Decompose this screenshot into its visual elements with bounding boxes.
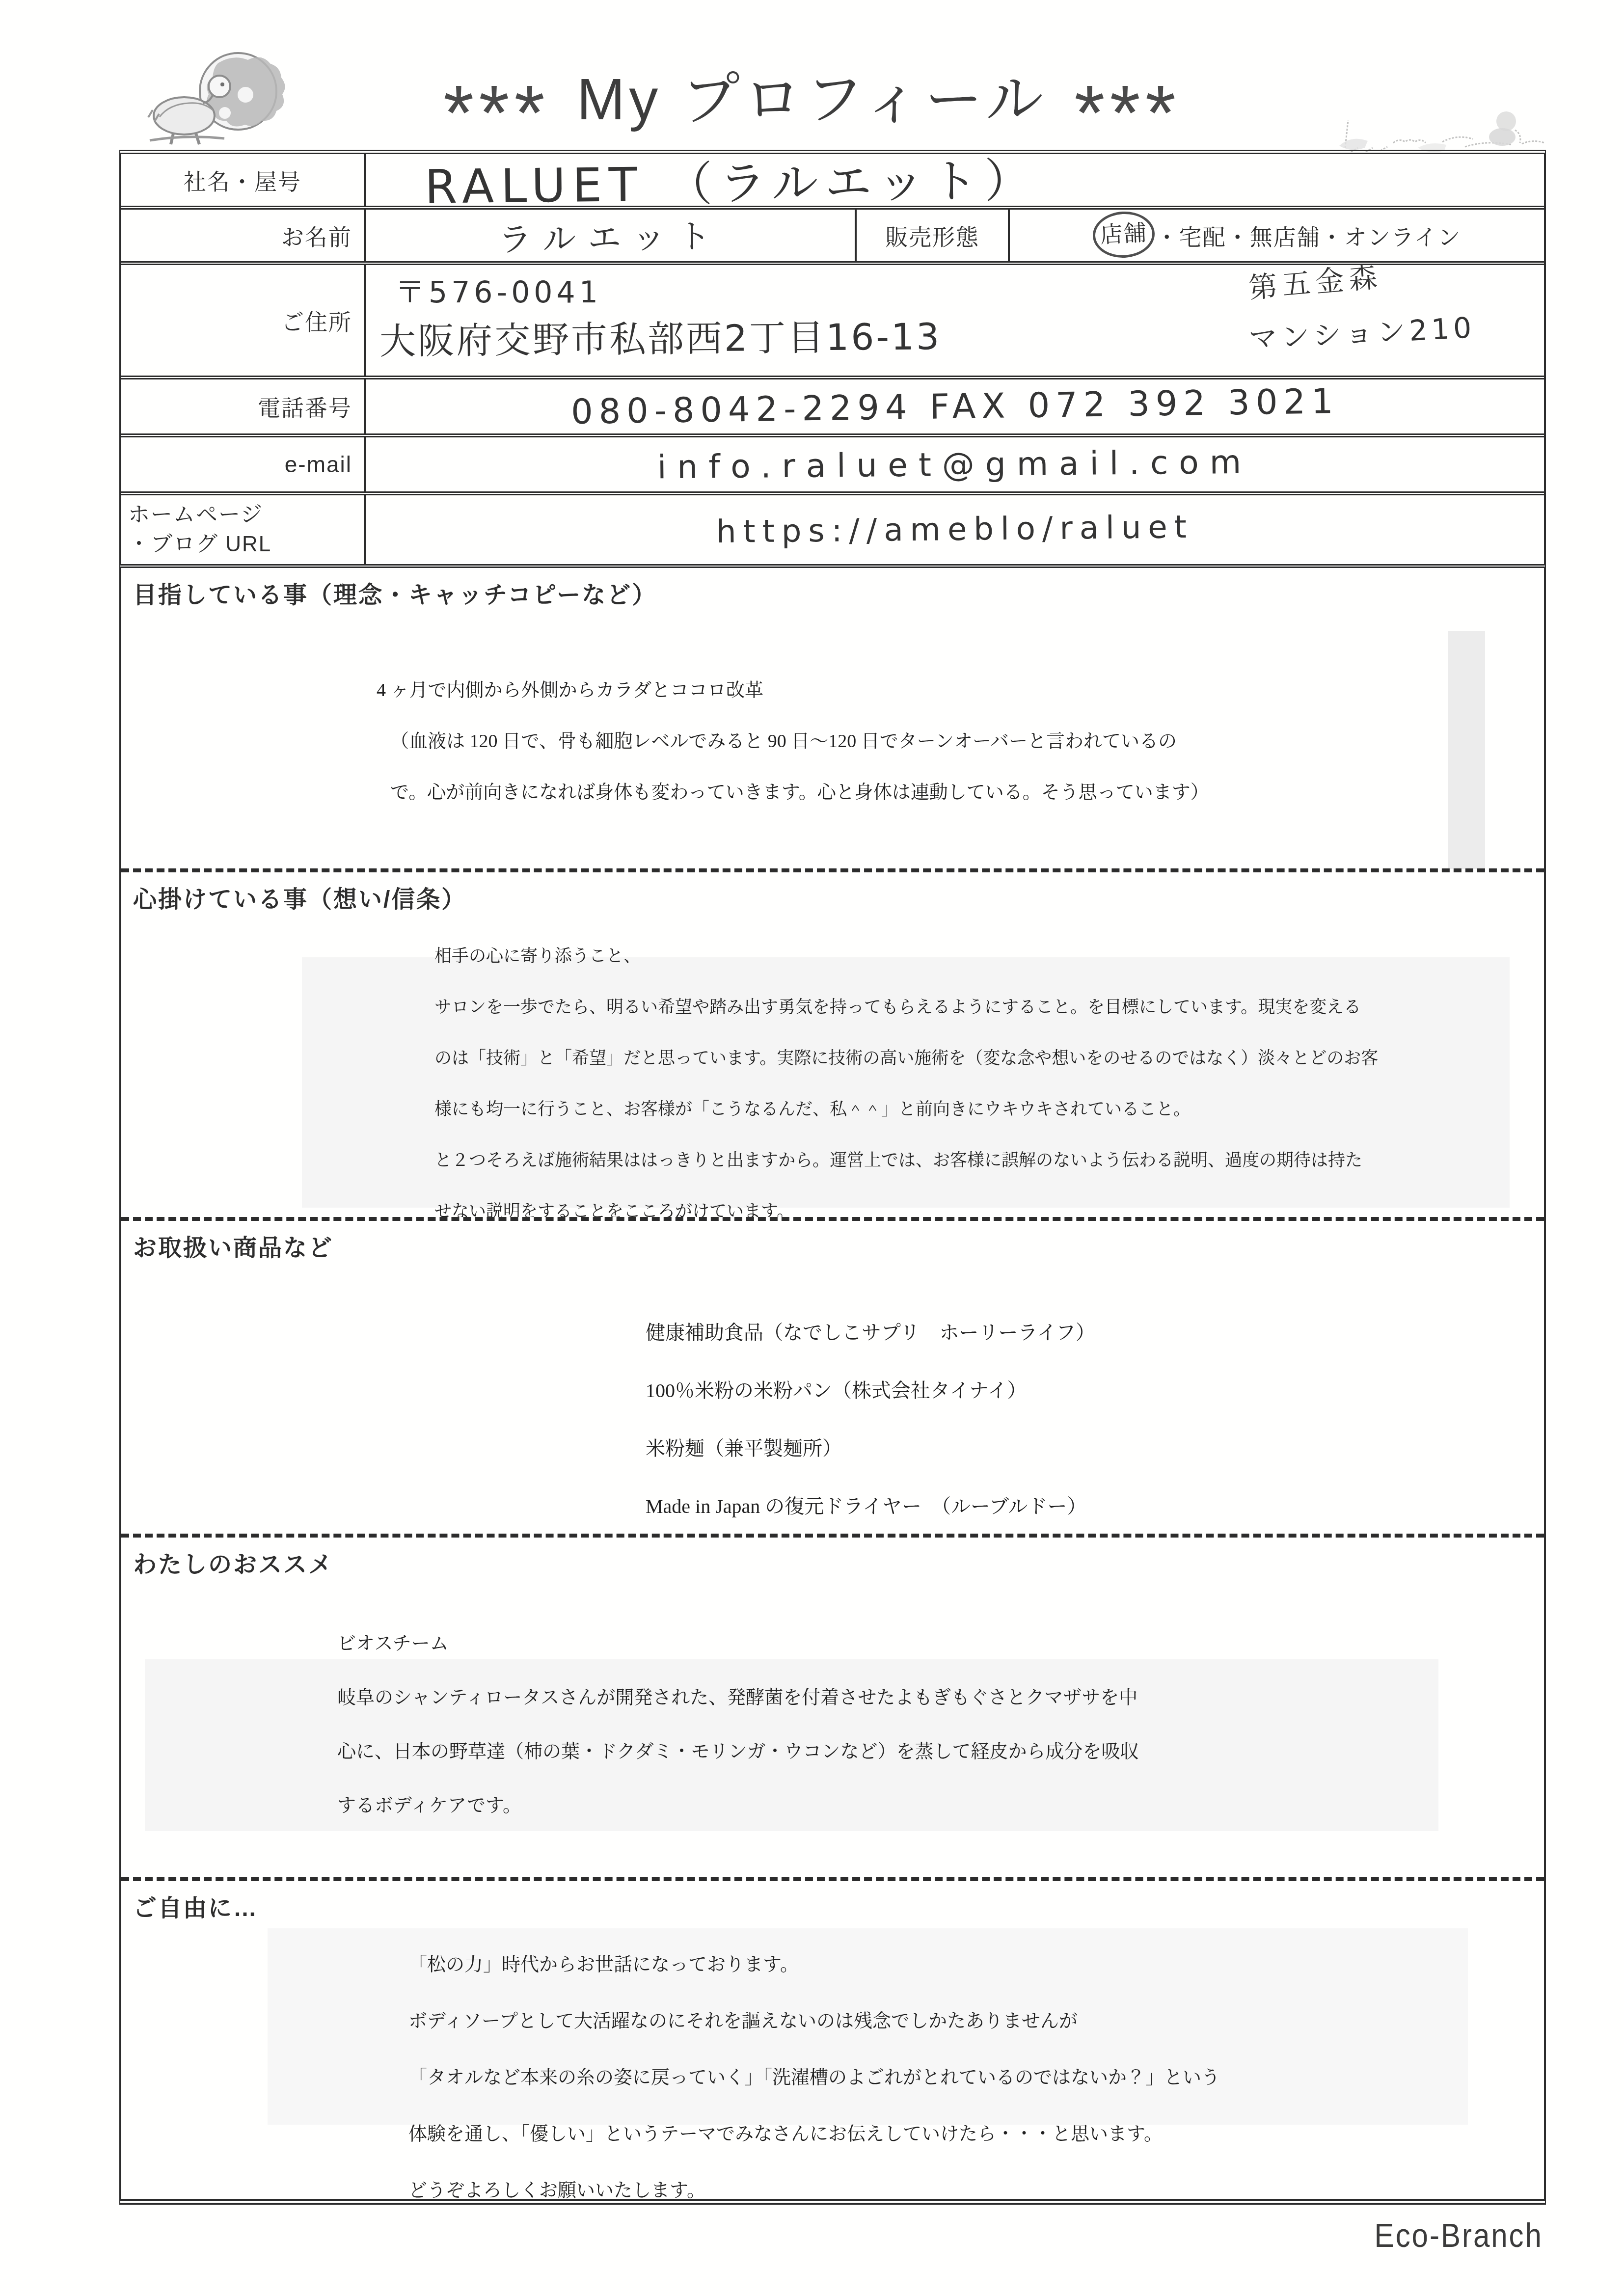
text-line: せない説明をすることをこころがけています。 bbox=[434, 1186, 1544, 1217]
table-row-website: ホームページ ・ブログ URL https://ameblo/raluet bbox=[121, 495, 1544, 564]
product-item: 100％米粉の米粉パン（株式会社タイナイ） bbox=[646, 1362, 1544, 1420]
text-line: と２つそろえば施術結果ははっきりと出ますから。運営上では、お客様に誤解のないよう… bbox=[434, 1135, 1544, 1186]
name-value-handwritten: ラルエット bbox=[498, 210, 723, 261]
table-row-phone: 電話番号 080-8042-2294 FAX 072 392 3021 bbox=[121, 379, 1544, 437]
text-line: で。心が前向きになれば身体も変わっていきます。心と身体は連動している。そう思って… bbox=[390, 767, 1544, 818]
text-line: （血液は 120 日で、骨も細胞レベルでみると 90 日～120 日でターンオー… bbox=[390, 716, 1544, 767]
section-recommendation-title: わたしのおススメ bbox=[121, 1538, 1544, 1579]
section-mindset-title: 心掛けている事（想い/信条） bbox=[121, 872, 1544, 914]
company-value-cell: RALUET （ラルエット） bbox=[366, 154, 1544, 206]
phone-value-cell: 080-8042-2294 FAX 072 392 3021 bbox=[366, 379, 1544, 433]
text-line: ボディソープとして大活躍なのにそれを謳えないのは残念でしかたありませんが bbox=[408, 1993, 1544, 2050]
text-line: 様にも均一に行うこと、お客様が「こうなるんだ、私＾＾」と前向きにウキウキされてい… bbox=[434, 1084, 1544, 1135]
name-label: お名前 bbox=[121, 210, 366, 261]
website-label: ホームページ ・ブログ URL bbox=[121, 495, 366, 564]
table-row-company: 社名・屋号 RALUET （ラルエット） bbox=[121, 154, 1544, 210]
phone-value-handwritten: 080-8042-2294 FAX 072 392 3021 bbox=[570, 381, 1339, 432]
company-value-handwritten: RALUET （ラルエット） bbox=[424, 143, 1038, 216]
section-mindset: 心掛けている事（想い/信条） 相手の心に寄り添うこと、 サロンを一歩でたら、明る… bbox=[121, 868, 1544, 1217]
section-goals: 目指している事（理念・キャッチコピーなど） 4 ヶ月で内側から外側からカラダとコ… bbox=[121, 568, 1544, 868]
text-line: 4 ヶ月で内側から外側からカラダとココロ改革 bbox=[377, 665, 1544, 716]
sales-type-circled-option: 店舗 bbox=[1091, 210, 1156, 259]
website-label-line2: ・ブログ URL bbox=[128, 530, 271, 559]
address-line-handwritten: 大阪府交野市私部西2丁目16-13 bbox=[379, 308, 942, 365]
phone-label: 電話番号 bbox=[121, 379, 366, 433]
title-decoration-left: *** bbox=[443, 69, 550, 157]
section-recommendation-body: ビオスチーム 岐阜のシャンティロータスさんが開発された、発酵菌を付着させたよもぎ… bbox=[337, 1617, 1544, 1833]
text-line: サロンを一歩でたら、明るい希望や踏み出す勇気を持ってもらえるようにすること。を目… bbox=[434, 982, 1544, 1033]
title-decoration-right: *** bbox=[1074, 69, 1181, 157]
table-row-email: e-mail info.raluet@gmail.com bbox=[121, 437, 1544, 495]
email-value-handwritten: info.raluet@gmail.com bbox=[657, 443, 1252, 486]
profile-table: 社名・屋号 RALUET （ラルエット） お名前 ラルエット 販売形態 店舗・宅… bbox=[119, 150, 1546, 568]
form-content: 社名・屋号 RALUET （ラルエット） お名前 ラルエット 販売形態 店舗・宅… bbox=[119, 150, 1546, 2205]
text-line: 「松の力」時代からお世話になっております。 bbox=[408, 1937, 1544, 1993]
building-room-handwritten: マンション210 bbox=[1247, 304, 1476, 357]
sales-type-options: 店舗・宅配・無店舗・オンライン bbox=[1010, 210, 1544, 261]
section-recommendation: わたしのおススメ ビオスチーム 岐阜のシャンティロータスさんが開発された、発酵菌… bbox=[121, 1534, 1544, 1877]
section-goals-title: 目指している事（理念・キャッチコピーなど） bbox=[121, 568, 1544, 610]
website-value-handwritten: https://ameblo/raluet bbox=[716, 509, 1194, 550]
text-line: 「タオルなど本来の糸の姿に戻っていく」「洗濯槽のよごれがとれているのではないか？… bbox=[408, 2050, 1544, 2106]
text-line: 心に、日本の野草達（柿の葉・ドクダミ・モリンガ・ウコンなど）を蒸して経皮から成分… bbox=[337, 1725, 1544, 1779]
section-free-comment: ご自由に… 「松の力」時代からお世話になっております。 ボディソープとして大活躍… bbox=[121, 1877, 1544, 2199]
text-line: 相手の心に寄り添うこと、 bbox=[434, 931, 1544, 982]
section-products-title: お取扱い商品など bbox=[121, 1221, 1544, 1263]
product-item: 健康補助食品（なでしこサプリ ホーリーライフ） bbox=[646, 1304, 1544, 1362]
section-goals-body: 4 ヶ月で内側から外側からカラダとココロ改革 （血液は 120 日で、骨も細胞レ… bbox=[377, 665, 1544, 818]
website-label-line1: ホームページ bbox=[128, 500, 271, 530]
text-line: 体験を通し、「優しい」というテーマでみなさんにお伝えしていけたら・・・と思います… bbox=[408, 2106, 1544, 2162]
section-products-body: 健康補助食品（なでしこサプリ ホーリーライフ） 100％米粉の米粉パン（株式会社… bbox=[646, 1304, 1544, 1534]
text-line: ビオスチーム bbox=[337, 1617, 1544, 1671]
text-line: どうぞよろしくお願いいたします。 bbox=[408, 2162, 1544, 2199]
text-line: するボディケアです。 bbox=[337, 1779, 1544, 1833]
sections-box: 目指している事（理念・キャッチコピーなど） 4 ヶ月で内側から外側からカラダとコ… bbox=[119, 568, 1546, 2205]
section-mindset-body: 相手の心に寄り添うこと、 サロンを一歩でたら、明るい希望や踏み出す勇気を持っても… bbox=[434, 931, 1544, 1217]
section-free-comment-body: 「松の力」時代からお世話になっております。 ボディソープとして大活躍なのにそれを… bbox=[408, 1937, 1544, 2199]
text-line: のは「技術」と「希望」だと思っています。実際に技術の高い施術を（変な念や想いをの… bbox=[434, 1033, 1544, 1084]
website-value-cell: https://ameblo/raluet bbox=[366, 495, 1544, 564]
email-label: e-mail bbox=[121, 437, 366, 491]
sales-type-label: 販売形態 bbox=[857, 210, 1010, 261]
footer-brand: Eco-Branch bbox=[1375, 2216, 1543, 2255]
section-free-comment-title: ご自由に… bbox=[121, 1881, 1544, 1923]
name-value-cell: ラルエット bbox=[366, 210, 857, 261]
table-row-address: ご住所 〒576-0041 大阪府交野市私部西2丁目16-13 第五金森 マンシ… bbox=[121, 265, 1544, 379]
table-row-name-salestype: お名前 ラルエット 販売形態 店舗・宅配・無店舗・オンライン bbox=[121, 210, 1544, 265]
product-item: 米粉麺（兼平製麺所） bbox=[646, 1420, 1544, 1478]
text-line: 岐阜のシャンティロータスさんが開発された、発酵菌を付着させたよもぎもぐさとクマザ… bbox=[337, 1671, 1544, 1725]
sales-type-options-rest: ・宅配・無店舗・オンライン bbox=[1156, 219, 1462, 252]
company-label: 社名・屋号 bbox=[121, 154, 366, 206]
page-title-text: My プロフィール bbox=[577, 67, 1047, 132]
product-item: Made in Japan の復元ドライヤー （ルーブルドー） bbox=[646, 1478, 1544, 1534]
postal-code-handwritten: 〒576-0041 bbox=[395, 269, 602, 311]
email-value-cell: info.raluet@gmail.com bbox=[366, 437, 1544, 491]
address-value-cell: 〒576-0041 大阪府交野市私部西2丁目16-13 第五金森 マンション21… bbox=[366, 265, 1544, 376]
address-label: ご住所 bbox=[121, 265, 366, 376]
profile-sheet-page: ***My プロフィール*** 社名・屋号 RAL bbox=[0, 0, 1624, 2296]
section-products: お取扱い商品など 健康補助食品（なでしこサプリ ホーリーライフ） 100％米粉の… bbox=[121, 1217, 1544, 1534]
